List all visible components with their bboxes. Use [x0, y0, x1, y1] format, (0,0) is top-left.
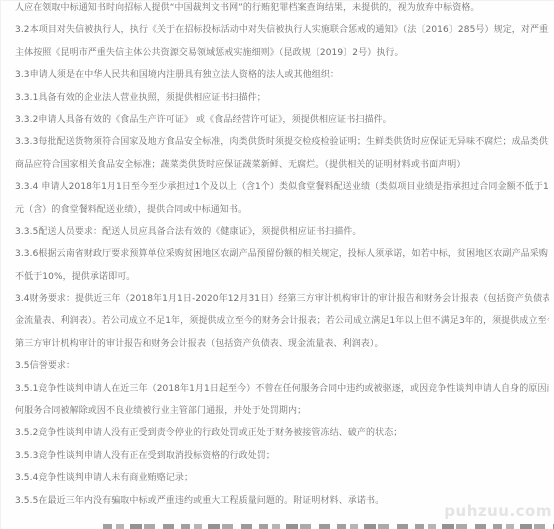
doc-line: 3.3.6根据云南省财政厅要求预算单位采购贫困地区农副产品预留份额的相关规定，投… — [15, 243, 549, 265]
doc-line: 3.3申请人须是在中华人民共和国境内注册具有独立法人资格的法人或其他组织： — [15, 64, 549, 86]
doc-line: 何服务合同被解除或因不良业绩被行业主管部门通报，并处于处罚期内； — [15, 400, 549, 422]
doc-line: 3.3.2申请人具备有效的《食品生产许可证》 或《食品经营许可证》，须提供相应证… — [15, 109, 549, 131]
doc-line: 3.2本项目对失信被执行人，执行《关于在招标投标活动中对失信被执行人实施联合惩戒… — [15, 19, 549, 41]
doc-line: 第三方审计机构审计的审计报告和财务会计报表（包括资产负债表、现金流量表、利润表）… — [15, 333, 549, 355]
doc-line: 不低于10%，提供承诺即可。 — [15, 266, 549, 288]
doc-line: 人应在领取中标通知书时向招标人提供“中国裁判文书网”的行贿犯罪档案查询结果，未提… — [15, 0, 549, 19]
watermark: puhzuu.com — [444, 502, 552, 520]
document-page: 人应在领取中标通知书时向招标人提供“中国裁判文书网”的行贿犯罪档案查询结果，未提… — [0, 0, 554, 529]
doc-line: 3.5.2竞争性谈判申请人没有正受到责令停业的行政处罚或正处于财务被接管冻结、破… — [15, 422, 549, 444]
doc-line: 3.5信誉要求： — [15, 355, 549, 377]
doc-line: 3.4财务要求：提供近三年（2018年1月1日-2020年12月31日）经第三方… — [15, 288, 549, 310]
doc-line: 商品应符合国家相关食品安全标准；蔬菜类供货时应保证蔬菜新鲜、无腐烂。（提供相关的… — [15, 154, 549, 176]
doc-line: 元（含）的食堂餐料配送业绩），提供合同或中标通知书。 — [15, 199, 549, 221]
clipped-text-row — [103, 524, 554, 529]
doc-line: 主体按照《昆明市严重失信主体公共资源交易领域惩戒实施细则》（昆政规〔2019〕2… — [15, 42, 549, 64]
doc-line: 金流量表、利润表）。若公司成立不足1年，须提供成立至今的财务会计报表；若公司成立… — [15, 310, 549, 332]
doc-line: 3.3.5配送人员要求：配送人员应具备合法有效的《健康证》，须提供相应证书扫描件… — [15, 221, 549, 243]
doc-line: 3.3.3每批配送货物须符合国家及地方食品安全标准，肉类供货时须提交检疫检验证明… — [15, 131, 549, 153]
doc-line: 3.3.4 申请人2018年1月1日至今至少承担过1个及以上（含1个）类似食堂餐… — [15, 176, 549, 198]
doc-line: 3.5.1竞争性谈判申请人在近三年（2018年1月1日起至今）不曾在任何服务合同… — [15, 378, 549, 400]
doc-line: 3.5.3竞争性谈判申请人没有正在受到取消投标资格的行政处罚； — [15, 445, 549, 467]
doc-line: 3.3.1具备有效的企业法人营业执照，须提供相应证书扫描件； — [15, 87, 549, 109]
document-body: 人应在领取中标通知书时向招标人提供“中国裁判文书网”的行贿犯罪档案查询结果，未提… — [15, 0, 549, 512]
doc-line: 3.5.4竞争性谈判申请人未有商业贿赂记录； — [15, 467, 549, 489]
